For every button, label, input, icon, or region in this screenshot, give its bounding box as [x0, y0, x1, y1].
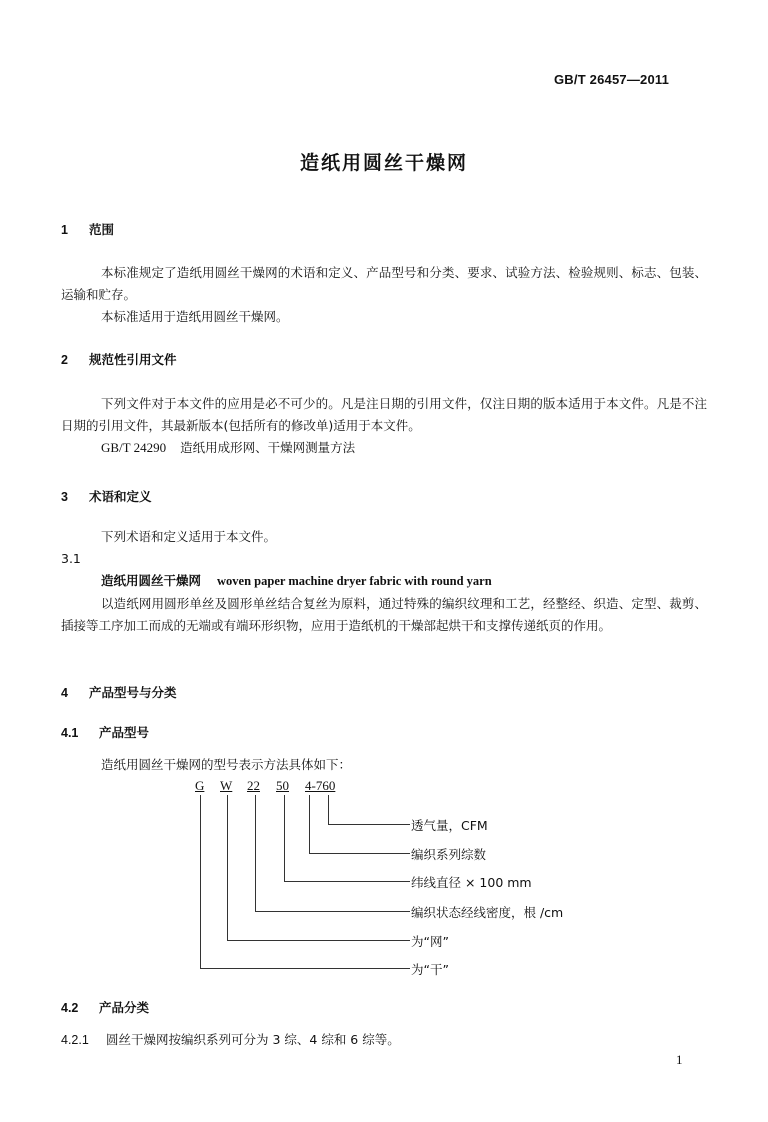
section-2-heading: 2规范性引用文件: [61, 350, 177, 368]
label-weave-shafts: 编织系列综数: [411, 845, 486, 863]
label-air-permeability: 透气量，CFM: [411, 816, 488, 834]
leader-760: [328, 824, 410, 825]
clause-text: 圆丝干燥网按编织系列可分为 3 综、4 综和 6 综等。: [106, 1032, 400, 1047]
leader-50: [284, 881, 410, 882]
reference-code: GB/T 24290: [101, 440, 166, 455]
connector-4: [309, 795, 310, 853]
section-title: 范围: [89, 222, 114, 237]
term-definition: 以造纸网用圆形单丝及圆形单丝结合复丝为原料，通过特殊的编织纹理和工艺，经整经、织…: [61, 593, 707, 637]
section-1-paragraph-2: 本标准适用于造纸用圆丝干燥网。: [61, 306, 707, 328]
section-number: 4.2: [61, 1001, 99, 1015]
term-english: woven paper machine dryer fabric with ro…: [217, 574, 492, 588]
section-title: 术语和定义: [89, 489, 152, 504]
term-chinese: 造纸用圆丝干燥网: [101, 573, 201, 588]
section-2-paragraph-1: 下列文件对于本文件的应用是必不可少的。凡是注日期的引用文件，仅注日期的版本适用于…: [61, 393, 707, 437]
section-title: 规范性引用文件: [89, 352, 177, 367]
section-title: 产品分类: [99, 1000, 149, 1015]
label-weft-diameter: 纬线直径 × 100 mm: [411, 873, 532, 891]
page-number: 1: [676, 1052, 683, 1068]
document-title: 造纸用圆丝干燥网: [0, 148, 768, 175]
code-22: 22: [247, 778, 260, 794]
reference-title: 造纸用成形网、干燥网测量方法: [180, 440, 355, 455]
leader-w: [227, 940, 410, 941]
label-warp-density: 编织状态经线密度，根 /cm: [411, 903, 563, 921]
section-title: 产品型号与分类: [89, 685, 177, 700]
subsection-4-2-1: 4.2.1圆丝干燥网按编织系列可分为 3 综、4 综和 6 综等。: [61, 1030, 400, 1048]
label-fabric: 为“网”: [411, 932, 449, 950]
subsection-3-1-number: 3.1: [61, 551, 81, 566]
term-entry: 造纸用圆丝干燥网woven paper machine dryer fabric…: [101, 570, 492, 592]
section-3-intro: 下列术语和定义适用于本文件。: [101, 526, 276, 548]
connector-760: [328, 795, 329, 824]
section-number: 4.1: [61, 726, 99, 740]
connector-22: [255, 795, 256, 911]
section-4-heading: 4产品型号与分类: [61, 683, 177, 701]
standard-number: GB/T 26457—2011: [554, 72, 669, 87]
normative-reference: GB/T 24290造纸用成形网、干燥网测量方法: [101, 437, 355, 459]
leader-22: [255, 911, 410, 912]
section-number: 1: [61, 223, 89, 237]
code-4-760: 4-760: [305, 778, 335, 794]
section-number: 4.2.1: [61, 1033, 106, 1047]
leader-4: [309, 853, 410, 854]
connector-50: [284, 795, 285, 881]
model-intro: 造纸用圆丝干燥网的型号表示方法具体如下：: [101, 754, 351, 776]
subsection-4-1-heading: 4.1产品型号: [61, 723, 149, 741]
code-w: W: [220, 778, 232, 794]
code-50: 50: [276, 778, 289, 794]
section-3-heading: 3术语和定义: [61, 487, 152, 505]
section-number: 4: [61, 686, 89, 700]
code-g: G: [195, 778, 204, 794]
section-title: 产品型号: [99, 725, 149, 740]
section-1-paragraph-1: 本标准规定了造纸用圆丝干燥网的术语和定义、产品型号和分类、要求、试验方法、检验规…: [61, 262, 707, 306]
section-1-heading: 1范围: [61, 220, 114, 238]
connector-w: [227, 795, 228, 940]
section-number: 3: [61, 490, 89, 504]
connector-g: [200, 795, 201, 968]
section-number: 2: [61, 353, 89, 367]
label-dryer: 为“干”: [411, 960, 449, 978]
leader-g: [200, 968, 410, 969]
subsection-4-2-heading: 4.2产品分类: [61, 998, 149, 1016]
